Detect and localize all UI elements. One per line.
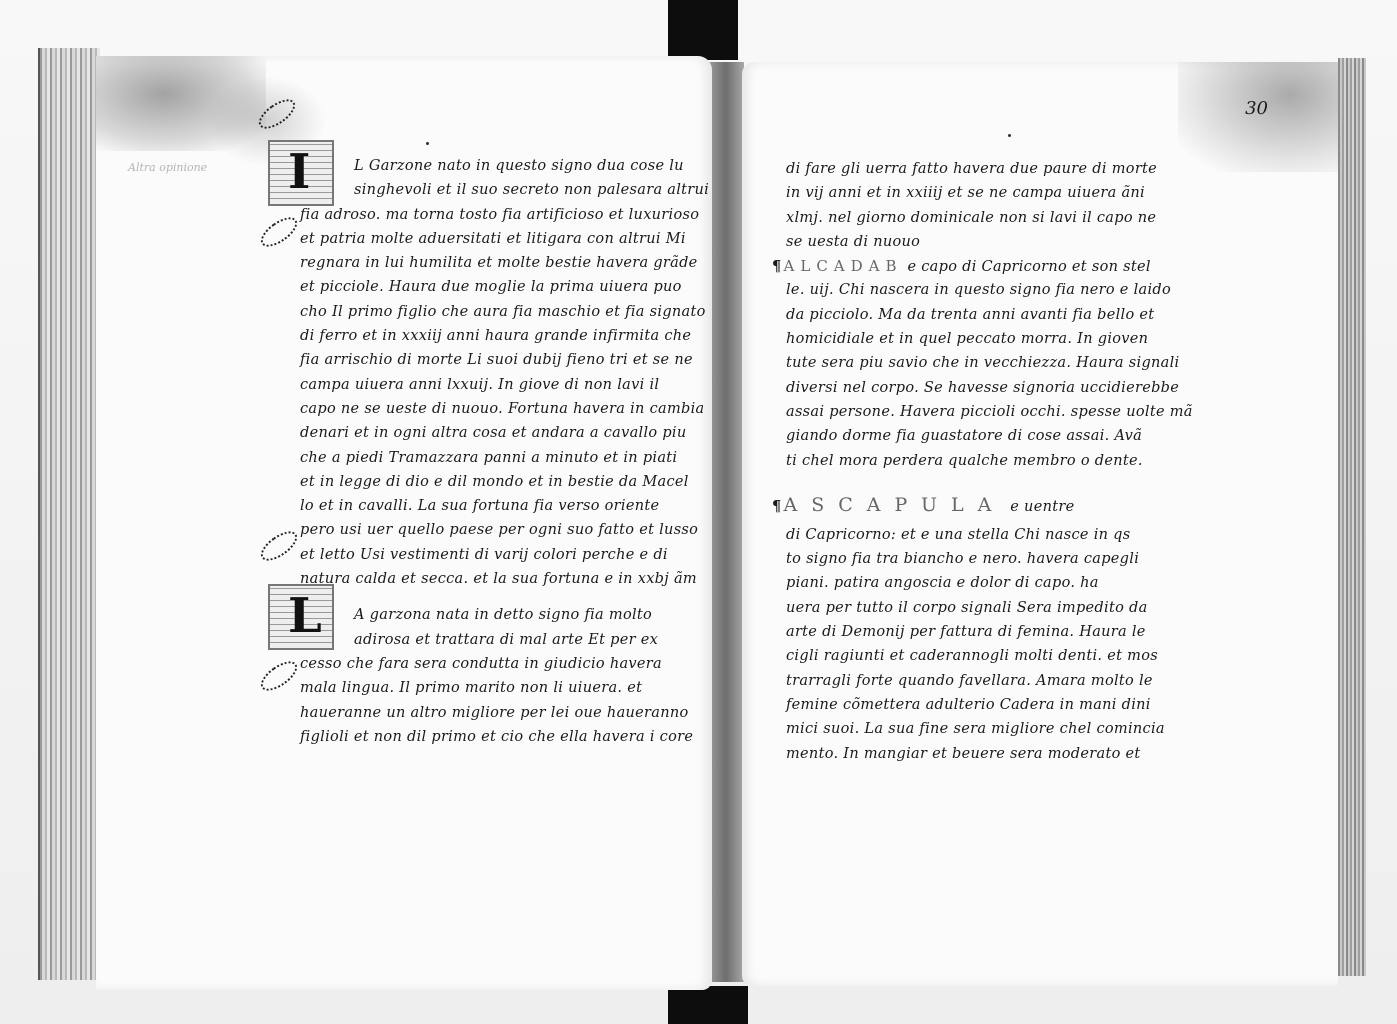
section-heading-line: ¶ASCAPULA e uentre bbox=[772, 493, 1206, 523]
text-line: et picciole. Haura due moglie la prima u… bbox=[300, 275, 700, 299]
right-page: 30 di fare gli uerra fatto havera due pa… bbox=[742, 62, 1338, 986]
text-line: e uentre bbox=[1010, 499, 1074, 515]
text-line: pero usi uer quello paese per ogni suo f… bbox=[300, 518, 700, 542]
text-line: denari et in ogni altra cosa et andara a… bbox=[300, 421, 700, 445]
leaf-ornament-icon bbox=[256, 656, 302, 696]
text-line: adirosa et trattara di mal arte Et per e… bbox=[300, 628, 700, 652]
text-line: da picciolo. Ma da trenta anni avanti fi… bbox=[786, 303, 1206, 327]
ink-dot bbox=[1008, 134, 1011, 137]
section-heading: ASCAPULA bbox=[784, 494, 1006, 516]
text-line: L Garzone nato in questo signo dua cose … bbox=[300, 154, 700, 178]
text-line: et patria molte aduersitati et litigara … bbox=[300, 227, 700, 251]
section-heading-line: ¶ALCADAB e capo di Capricorno et son ste… bbox=[772, 254, 1206, 278]
text-line: mala lingua. Il primo marito non li uiue… bbox=[300, 676, 700, 700]
text-line: femine cõmettera adulterio Cadera in man… bbox=[786, 693, 1206, 717]
text-line: cho Il primo figlio che aura fia maschio… bbox=[300, 300, 700, 324]
text-line: arte di Demonij per fattura di femina. H… bbox=[786, 620, 1206, 644]
text-line: fia adroso. ma torna tosto fia artificio… bbox=[300, 203, 700, 227]
text-line: figlioli et non dil primo et cio che ell… bbox=[300, 725, 700, 749]
text-block-garzone: L Garzone nato in questo signo dua cose … bbox=[300, 154, 700, 749]
text-line: capo ne se ueste di nuouo. Fortuna haver… bbox=[300, 397, 700, 421]
text-line: fia arrischio di morte Li suoi dubij fie… bbox=[300, 348, 700, 372]
margin-note: Altra opinione bbox=[128, 161, 207, 174]
text-line: cigli ragiunti et caderannogli molti den… bbox=[786, 644, 1206, 668]
text-line: haueranne un altro migliore per lei oue … bbox=[300, 701, 700, 725]
text-line: giando dorme fia guastatore di cose assa… bbox=[786, 424, 1206, 448]
text-block-alcadab: di fare gli uerra fatto havera due paure… bbox=[786, 157, 1206, 766]
text-line: in vij anni et in xxiiij et se ne campa … bbox=[786, 181, 1206, 205]
paragraph-mark-icon: ¶ bbox=[772, 258, 782, 275]
paragraph-mark-icon: ¶ bbox=[772, 498, 782, 515]
page-edges-left bbox=[38, 48, 100, 980]
text-line: et in legge di dio e dil mondo et in bes… bbox=[300, 470, 700, 494]
text-line: to signo fia tra biancho e nero. havera … bbox=[786, 547, 1206, 571]
text-line: et letto Usi vestimenti di varij colori … bbox=[300, 543, 700, 567]
text-line: A garzona nata in detto signo fia molto bbox=[300, 603, 700, 627]
text-line: assai persone. Havera piccioli occhi. sp… bbox=[786, 400, 1206, 424]
binding-gutter bbox=[708, 62, 744, 982]
text-line: piani. patira angoscia e dolor di capo. … bbox=[786, 571, 1206, 595]
text-line: cesso che fara sera condutta in giudicio… bbox=[300, 652, 700, 676]
text-line: le. uij. Chi nascera in questo signo fia… bbox=[786, 278, 1206, 302]
text-line: di Capricorno: et e una stella Chi nasce… bbox=[786, 523, 1206, 547]
section-heading: ALCADAB bbox=[784, 257, 903, 275]
folio-number: 30 bbox=[1245, 98, 1268, 119]
text-line: ti chel mora perdera qualche membro o de… bbox=[786, 449, 1206, 473]
binding-gutter-top bbox=[668, 0, 738, 60]
text-line: se uesta di nuouo bbox=[786, 230, 1206, 254]
text-line: che a piedi Tramazzara panni a minuto et… bbox=[300, 446, 700, 470]
leaf-ornament-icon bbox=[256, 526, 302, 566]
text-line: diversi nel corpo. Se havesse signoria u… bbox=[786, 376, 1206, 400]
text-line: homicidiale et in quel peccato morra. In… bbox=[786, 327, 1206, 351]
text-line: campa uiuera anni lxxuij. In giove di no… bbox=[300, 373, 700, 397]
text-line: uera per tutto il corpo signali Sera imp… bbox=[786, 596, 1206, 620]
text-line: trarragli forte quando favellara. Amara … bbox=[786, 669, 1206, 693]
text-line: mici suoi. La sua fine sera migliore che… bbox=[786, 717, 1206, 741]
ink-dot bbox=[426, 142, 429, 145]
text-line: xlmj. nel giorno dominicale non si lavi … bbox=[786, 206, 1206, 230]
text-line: tute sera piu savio che in vecchiezza. H… bbox=[786, 351, 1206, 375]
binding-gutter-bottom bbox=[668, 986, 748, 1024]
page-edges-right bbox=[1338, 58, 1366, 976]
leaf-ornament-icon bbox=[256, 212, 302, 252]
text-line: lo et in cavalli. La sua fortuna fia ver… bbox=[300, 494, 700, 518]
text-line: natura calda et secca. et la sua fortuna… bbox=[300, 567, 700, 591]
text-line: singhevoli et il suo secreto non palesar… bbox=[300, 178, 700, 202]
left-page: Altra opinione I L L Garzone nato in que… bbox=[96, 56, 712, 990]
text-line: di fare gli uerra fatto havera due paure… bbox=[786, 157, 1206, 181]
text-line: mento. In mangiar et beuere sera moderat… bbox=[786, 742, 1206, 766]
text-line: e capo di Capricorno et son stel bbox=[907, 259, 1150, 275]
text-line: di ferro et in xxxiij anni haura grande … bbox=[300, 324, 700, 348]
text-line: regnara in lui humilita et molte bestie … bbox=[300, 251, 700, 275]
